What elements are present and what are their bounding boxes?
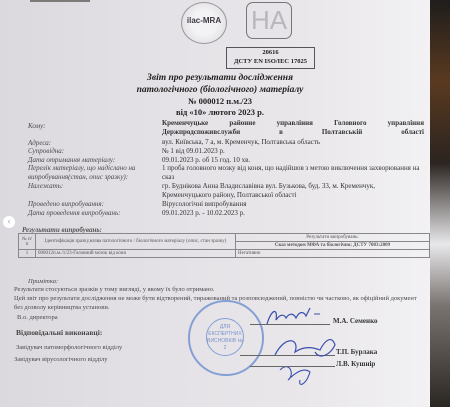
- accreditation-number: 20616: [227, 48, 314, 57]
- field-value-test-dates: 09.01.2023 р. - 10.02.2023 р.: [162, 209, 424, 218]
- field-label-tests: Проведено випробування:: [28, 200, 104, 209]
- field-value-address: вул. Київська, 7 а, м. Кременчук, Полтав…: [162, 138, 424, 147]
- table-header-row: № п/п Ідентифікація зразку,назва патолог…: [19, 234, 430, 242]
- viro-title: Завідувач вірусологічного відділу: [14, 355, 108, 364]
- director-name: М.А. Семенко: [333, 317, 378, 326]
- document-page: ilac-MRA НА 20616 ДСТУ EN ISO/IEC 17025 …: [0, 0, 432, 407]
- director-signature-icon: [262, 306, 322, 328]
- field-label-owner: Належать:: [28, 182, 63, 191]
- responsible-heading: Відповідальні виконавці:: [16, 328, 102, 337]
- notes-line-1: Результати стосуються зразків у тому виг…: [14, 285, 424, 294]
- cell-sample: 000012п.м./1/23-Головний мозок від коня: [36, 250, 236, 258]
- header-sample: Ідентифікація зразку,назва патологічного…: [36, 234, 236, 250]
- accreditation-box: 20616 ДСТУ EN ISO/IEC 17025: [226, 47, 315, 69]
- photo-background: [430, 0, 450, 407]
- na-logo-text: НА: [247, 5, 291, 36]
- field-value-to: Кременчуцьке районне управління Головног…: [162, 119, 424, 137]
- stamp-text: ДЛЯ ЕКСПЕРТНИХ ВИСНОВКІВ № 2: [206, 318, 244, 356]
- report-title: Звіт про результати дослідження патологі…: [100, 72, 340, 96]
- field-value-cover-letter: № 1 від 09.01.2023 р.: [162, 147, 424, 156]
- viro-signature-line: [250, 366, 335, 367]
- ilac-mra-logo: ilac-MRA: [181, 2, 227, 44]
- field-label-cover-letter: Супровідна:: [28, 147, 64, 156]
- cell-num: 1: [19, 250, 36, 258]
- field-value-material: 1 проба головного мозку від коня, що над…: [162, 164, 424, 182]
- results-table: № п/п Ідентифікація зразку,назва патолог…: [18, 233, 430, 258]
- title-line-1: Звіт про результати дослідження: [100, 72, 340, 84]
- header-method: Сказ методом МФА та біологічно; ДСТУ 708…: [236, 242, 430, 250]
- photo-edge: [30, 0, 90, 2]
- cell-result: Негативно: [236, 250, 430, 258]
- previous-image-button[interactable]: ‹: [3, 216, 15, 228]
- field-label-material: Перелік матеріалу, що надіслано на випро…: [28, 164, 158, 182]
- viro-name: Л.В. Кушнір: [336, 360, 375, 369]
- director-title: В.о. директора: [17, 313, 58, 322]
- table-row: 1 000012п.м./1/23-Головний мозок від кон…: [19, 250, 430, 258]
- accreditation-standard: ДСТУ EN ISO/IEC 17025: [227, 57, 314, 66]
- title-line-2: патологічного (біологічного) матеріалу: [100, 84, 340, 96]
- patho-title: Завідувач патоморфологічного відділу: [16, 343, 122, 352]
- report-number: № 000012 п.м./23: [100, 96, 340, 107]
- report-number-block: № 000012 п.м./23 від «10» лютого 2023 р.: [100, 96, 340, 118]
- field-value-owner: гр. Буднікова Анна Владиславівна вул. Бу…: [162, 182, 424, 200]
- patho-name: Т.П. Бурлака: [336, 348, 377, 357]
- field-label-test-dates: Дата проведення випробувань:: [28, 209, 120, 218]
- report-date: від «10» лютого 2023 р.: [100, 107, 340, 118]
- field-value-tests: Вірусологічні випробування: [162, 200, 424, 209]
- national-accreditation-logo: НА: [246, 2, 292, 39]
- patho-signature-icon: [270, 330, 345, 390]
- field-label-to: Кому:: [28, 122, 45, 131]
- header-result: Результати випробувань:: [236, 234, 430, 242]
- ilac-logo-text: ilac-MRA: [182, 16, 226, 25]
- header-num: № п/п: [19, 234, 36, 250]
- official-stamp: ДЛЯ ЕКСПЕРТНИХ ВИСНОВКІВ № 2: [188, 300, 264, 376]
